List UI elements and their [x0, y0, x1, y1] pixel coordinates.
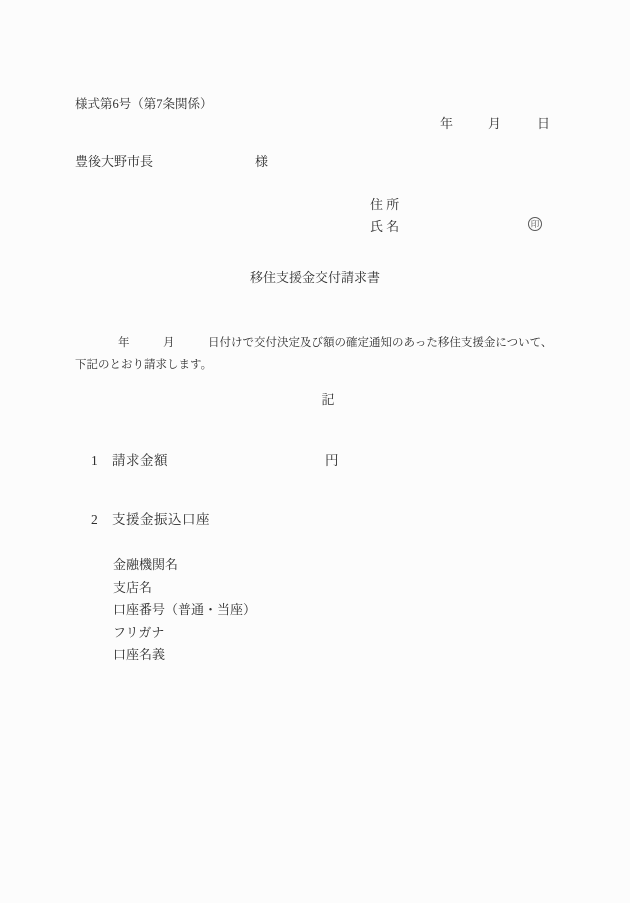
sender-address-label: 住 所 [370, 198, 399, 213]
bank-field-furigana: フリガナ [113, 626, 164, 641]
form-number: 様式第6号（第7条関係） [75, 97, 213, 111]
date-day-label: 日 [537, 117, 550, 132]
item1-unit-yen: 円 [325, 453, 339, 469]
document-title: 移住支援金交付請求書 [0, 271, 630, 286]
item2-label: 支援金振込口座 [112, 512, 210, 528]
addressee-honorific: 様 [255, 155, 268, 170]
bank-field-account-holder: 口座名義 [113, 648, 165, 663]
item1-label: 請求金額 [112, 453, 168, 469]
item1-number: 1 [91, 453, 98, 469]
bank-field-institution: 金融機関名 [113, 558, 178, 573]
body-line1-text: 日付けで交付決定及び額の確定通知のあった移住支援金について、 [208, 337, 552, 350]
body-year-label: 年 [118, 337, 130, 350]
document-page: 様式第6号（第7条関係） 年 月 日 豊後大野市長 様 住 所 氏 名 印 移住… [0, 0, 630, 903]
bank-field-branch: 支店名 [113, 581, 152, 596]
date-month-label: 月 [488, 117, 501, 132]
addressee-title: 豊後大野市長 [75, 155, 153, 170]
date-year-label: 年 [440, 117, 453, 132]
record-marker: 記 [0, 393, 630, 408]
bank-field-account-number: 口座番号（普通・当座） [113, 603, 256, 618]
item2-number: 2 [91, 512, 98, 528]
body-line2-text: 下記のとおり請求します。 [75, 359, 212, 372]
seal-mark-icon: 印 [528, 217, 542, 231]
body-month-label: 月 [163, 337, 175, 350]
sender-name-label: 氏 名 [370, 220, 399, 235]
